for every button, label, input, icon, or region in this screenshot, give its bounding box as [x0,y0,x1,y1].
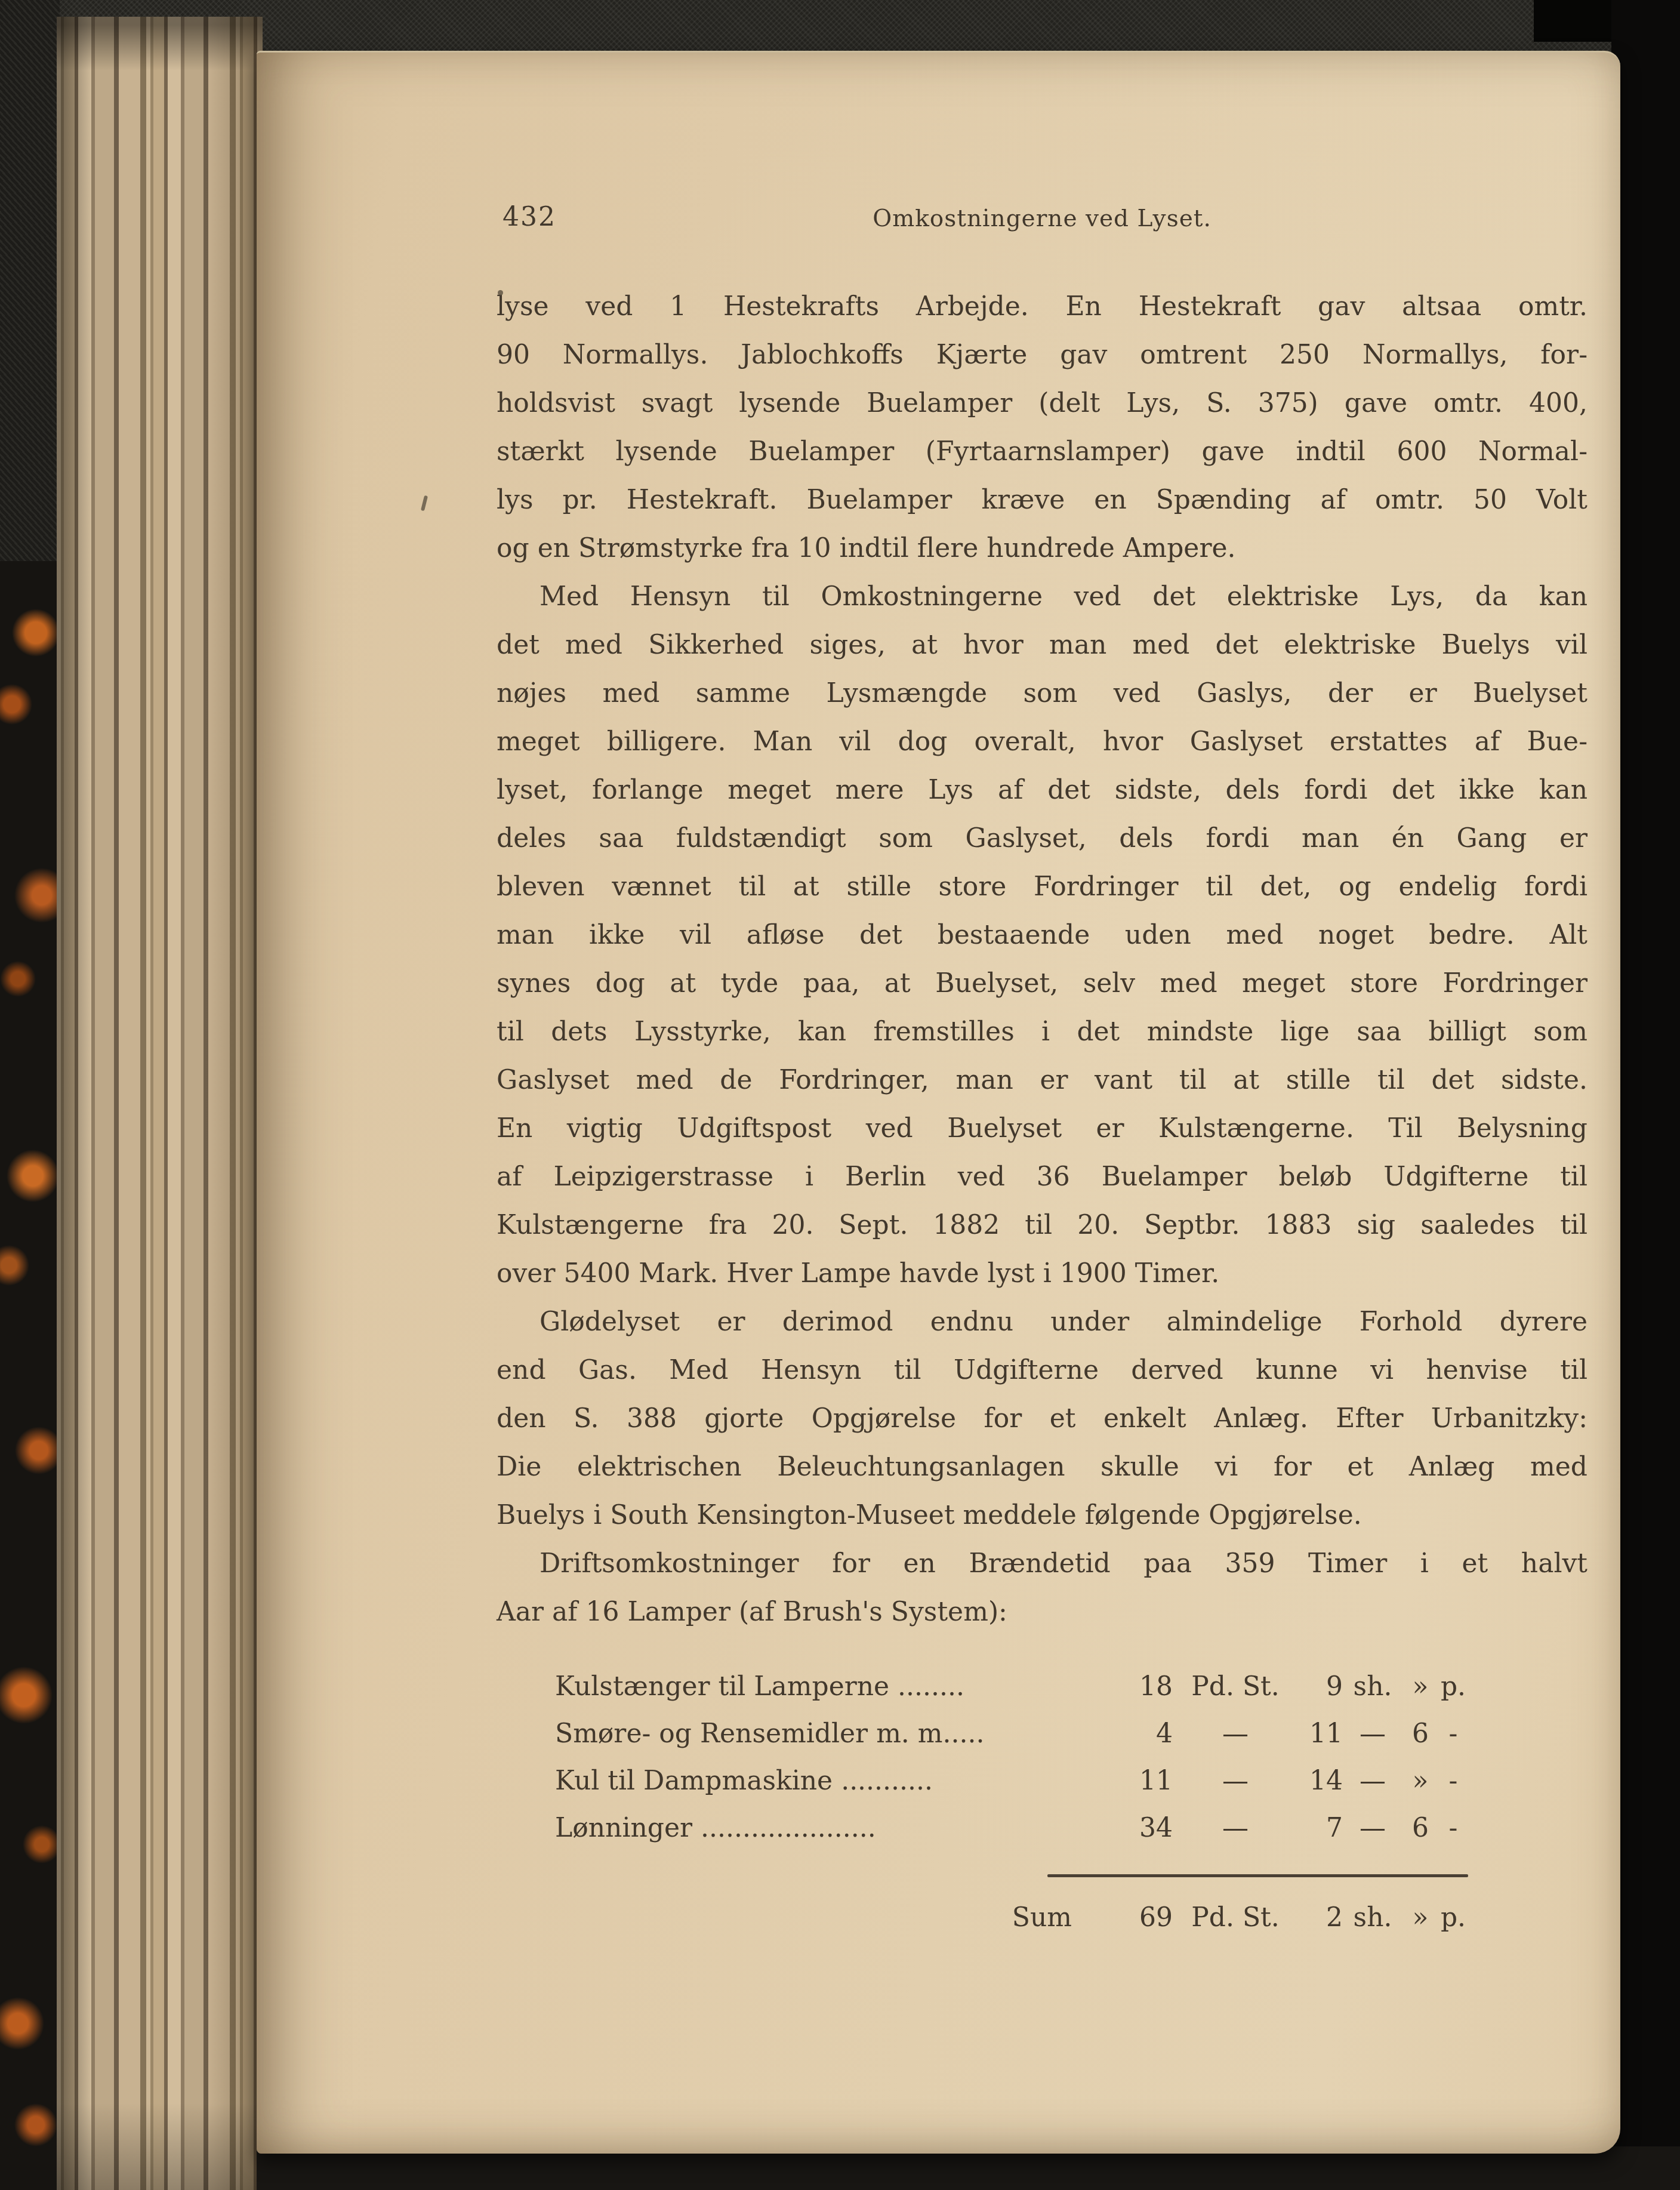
text-line: den S. 388 gjorte Opgjørelse for et enke… [497,1394,1587,1443]
pounds-unit: — [1173,1804,1298,1852]
pounds-unit: Pd. St. [1173,1663,1298,1710]
table-row: Lønninger ..................... 34 — 7 —… [555,1804,1468,1852]
book-page: 432 Omkostningerne ved Lyset. lyse ved 1… [257,51,1620,2154]
cost-item-label: Kulstænger til Lamperne ........ [555,1663,1080,1710]
pence-unit: - [1438,1757,1468,1804]
text-line: bleven vænnet til at stille store Fordri… [497,863,1587,911]
shillings-unit: sh. [1343,1663,1402,1710]
shillings-unit: — [1343,1710,1402,1757]
shillings-value: 11 [1298,1710,1343,1757]
text-line: til dets Lysstyrke, kan fremstilles i de… [497,1008,1587,1056]
text-line: Buelys i South Kensington-Museet meddele… [497,1491,1587,1539]
text-line: Gaslyset med de Fordringer, man er vant … [497,1056,1587,1104]
text-line: Die elektrischen Beleuchtungsanlagen sku… [497,1443,1587,1491]
cost-item-label: Smøre- og Rensemidler m. m..... [555,1710,1080,1757]
text-line: lyse ved 1 Hestekrafts Arbejde. En Heste… [497,282,1587,331]
shillings-unit: — [1343,1757,1402,1804]
shillings-value: 2 [1298,1894,1343,1941]
table-row: Kulstænger til Lamperne ........ 18 Pd. … [555,1663,1468,1710]
shillings-unit: — [1343,1804,1402,1852]
pounds-value: 11 [1080,1757,1173,1804]
text-line: holdsvist svagt lysende Buelamper (delt … [497,379,1587,427]
text-line: Med Hensyn til Omkostningerne ved det el… [497,572,1587,621]
table-row: Smøre- og Rensemidler m. m..... 4 — 11 —… [555,1710,1468,1757]
text-line: af Leipzigerstrasse i Berlin ved 36 Buel… [497,1153,1587,1201]
text-line: Glødelyset er derimod endnu under almind… [497,1298,1587,1346]
pounds-unit: — [1173,1710,1298,1757]
pounds-value: 34 [1080,1804,1173,1852]
running-title: Omkostningerne ved Lyset. [497,205,1587,232]
pence-value: » [1402,1663,1438,1710]
table-row: Kul til Dampmaskine ........... 11 — 14 … [555,1757,1468,1804]
body-text: lyse ved 1 Hestekrafts Arbejde. En Heste… [497,282,1587,1636]
pounds-value: 69 [1080,1894,1173,1941]
text-line: deles saa fuldstændigt som Gaslyset, del… [497,814,1587,863]
text-line: det med Sikkerhed siges, at hvor man med… [497,621,1587,669]
text-line: man ikke vil afløse det bestaaende uden … [497,911,1587,959]
text-line: og en Strømstyrke fra 10 indtil flere hu… [497,524,1587,572]
page-header: 432 Omkostningerne ved Lyset. [497,202,1587,244]
text-line: stærkt lysende Buelamper (Fyrtaarnslampe… [497,427,1587,476]
pence-value: 6 [1402,1710,1438,1757]
shillings-value: 9 [1298,1663,1343,1710]
cost-table: Kulstænger til Lamperne ........ 18 Pd. … [555,1663,1468,1941]
text-line: end Gas. Med Hensyn til Udgifterne derve… [497,1346,1587,1394]
sum-row: Sum 69 Pd. St. 2 sh. » p. [555,1894,1468,1941]
pence-unit: p. [1438,1663,1468,1710]
text-line: synes dog at tyde paa, at Buelyset, selv… [497,959,1587,1008]
cost-item-label: Kul til Dampmaskine ........... [555,1757,1080,1804]
text-line: Kulstængerne fra 20. Sept. 1882 til 20. … [497,1201,1587,1249]
text-line: meget billigere. Man vil dog overalt, hv… [497,717,1587,766]
pence-value: » [1402,1757,1438,1804]
ink-speck [498,290,503,295]
text-line: En vigtig Udgiftspost ved Buelyset er Ku… [497,1104,1587,1153]
text-line: lyset, forlange meget mere Lys af det si… [497,766,1587,814]
text-line: 90 Normallys. Jablochkoffs Kjærte gav om… [497,331,1587,379]
pounds-value: 18 [1080,1663,1173,1710]
cost-item-label: Lønninger ..................... [555,1804,1080,1852]
shillings-unit: sh. [1343,1894,1402,1941]
background-right [1611,0,1680,2190]
sum-label: Sum [555,1894,1080,1941]
text-line: lys pr. Hestekraft. Buelamper kræve en S… [497,476,1587,524]
pounds-unit: Pd. St. [1173,1894,1298,1941]
marbled-cover [0,561,60,2190]
pence-unit: p. [1438,1894,1468,1941]
sum-rule [1047,1874,1468,1877]
shillings-value: 14 [1298,1757,1343,1804]
shillings-value: 7 [1298,1804,1343,1852]
pounds-unit: — [1173,1757,1298,1804]
pence-value: » [1402,1894,1438,1941]
pence-value: 6 [1402,1804,1438,1852]
text-line: nøjes med samme Lysmængde som ved Gaslys… [497,669,1587,717]
pounds-value: 4 [1080,1710,1173,1757]
ink-speck [421,495,428,512]
pence-unit: - [1438,1804,1468,1852]
text-line: Aar af 16 Lamper (af Brush's System): [497,1588,1587,1636]
text-line: Driftsomkostninger for en Brændetid paa … [497,1539,1587,1588]
page-edges-shadow [57,17,263,2190]
pence-unit: - [1438,1710,1468,1757]
text-line: over 5400 Mark. Hver Lampe havde lyst i … [497,1249,1587,1298]
